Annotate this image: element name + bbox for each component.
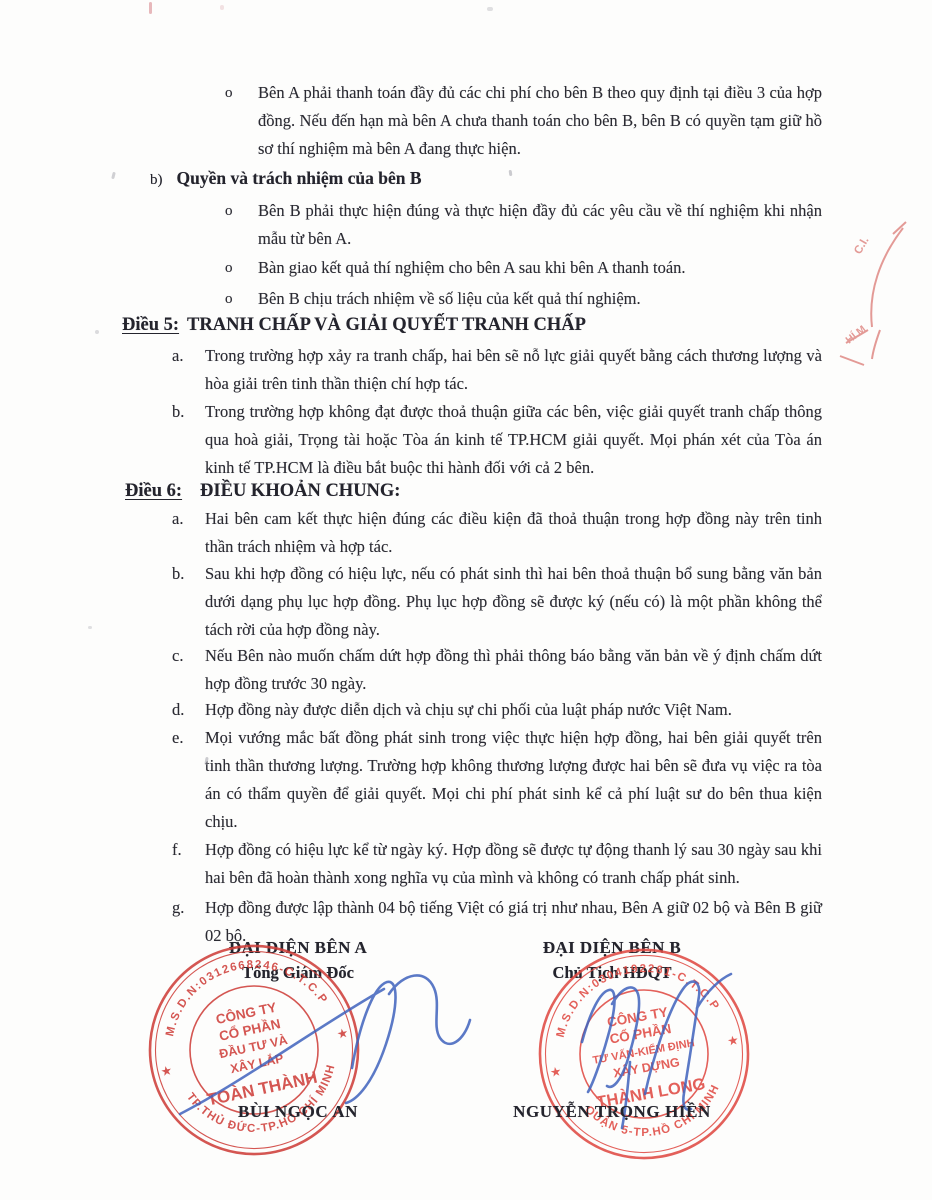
- list-item: b. Trong trường hợp không đạt được thoả …: [172, 398, 822, 482]
- bullet-marker: o: [225, 285, 258, 313]
- item-marker: d.: [172, 696, 205, 724]
- section-b-title: Quyền và trách nhiệm của bên B: [177, 168, 422, 188]
- article6-title: ĐIỀU KHOẢN CHUNG:: [200, 481, 400, 501]
- party-a-name: BÙI NGỌC AN: [178, 1102, 418, 1122]
- company-stamp-party-a: M.S.D.N:0312668246-C.T.C.P TP.THỦ ĐỨC-TP…: [116, 912, 391, 1187]
- list-item: d. Hợp đồng này được diễn dịch và chịu s…: [172, 696, 822, 724]
- bullet-marker: o: [225, 254, 258, 282]
- scanned-contract-page: o Bên A phải thanh toán đầy đủ các chi p…: [0, 0, 932, 1200]
- list-item: a. Hai bên cam kết thực hiện đúng các đi…: [172, 505, 822, 561]
- scan-artifact: [111, 172, 116, 180]
- article6-label: Điều 6:: [125, 481, 182, 501]
- section-b-marker: b): [150, 172, 163, 188]
- item-text: Trong trường hợp không đạt được thoả thu…: [205, 398, 822, 482]
- scan-artifact: [95, 330, 99, 334]
- edge-stamp-fragment: C.I. HÍ M: [840, 222, 906, 365]
- item-marker: b.: [172, 398, 205, 482]
- item-marker: a.: [172, 342, 205, 398]
- item-text: Sau khi hợp đồng có hiệu lực, nếu có phá…: [205, 560, 822, 644]
- bullet-item: o Bàn giao kết quả thí nghiệm cho bên A …: [225, 254, 822, 282]
- scan-artifact: [509, 170, 513, 176]
- scan-artifact: [88, 626, 92, 629]
- item-text: Mọi vướng mắc bất đồng phát sinh trong v…: [205, 724, 822, 836]
- stamp-b-star-left: ★: [550, 1066, 562, 1080]
- article6-heading: Điều 6:ĐIỀU KHOẢN CHUNG:: [125, 476, 400, 506]
- stamp-a-star-right: ★: [337, 1027, 349, 1041]
- bullet-item: o Bên B phải thực hiện đúng và thực hiện…: [225, 197, 822, 253]
- bullet-text: Bên B chịu trách nhiệm về số liệu của kế…: [258, 285, 822, 313]
- item-marker: a.: [172, 505, 205, 561]
- edge-stamp-text: C.I.: [852, 235, 871, 256]
- list-item: e. Mọi vướng mắc bất đồng phát sinh tron…: [172, 724, 822, 836]
- section-b-heading: b)Quyền và trách nhiệm của bên B: [150, 163, 422, 195]
- bullet-marker: o: [225, 79, 258, 163]
- list-item: b. Sau khi hợp đồng có hiệu lực, nếu có …: [172, 560, 822, 644]
- item-text: Hợp đồng này được diễn dịch và chịu sự c…: [205, 696, 822, 724]
- list-item: a. Trong trường hợp xảy ra tranh chấp, h…: [172, 342, 822, 398]
- company-stamp-party-b: M.S.D.N:0304192261-C.T.C.P QUẬN 5-TP.HỒ …: [510, 920, 779, 1189]
- bullet-text: Bên A phải thanh toán đầy đủ các chi phí…: [258, 79, 822, 163]
- item-text: Nếu Bên nào muốn chấm dứt hợp đồng thì p…: [205, 642, 822, 698]
- bullet-text: Bàn giao kết quả thí nghiệm cho bên A sa…: [258, 254, 822, 282]
- item-marker: b.: [172, 560, 205, 644]
- item-marker: f.: [172, 836, 205, 892]
- article5-title: TRANH CHẤP VÀ GIẢI QUYẾT TRANH CHẤP: [187, 315, 586, 335]
- bullet-item: o Bên A phải thanh toán đầy đủ các chi p…: [225, 79, 822, 163]
- edge-stamp-text: HÍ M: [843, 322, 869, 346]
- item-marker: e.: [172, 724, 205, 836]
- item-text: Hợp đồng có hiệu lực kể từ ngày ký. Hợp …: [205, 836, 822, 892]
- list-item: f. Hợp đồng có hiệu lực kể từ ngày ký. H…: [172, 836, 822, 892]
- article5-label: Điều 5:: [122, 315, 179, 335]
- item-marker: c.: [172, 642, 205, 698]
- item-text: Hai bên cam kết thực hiện đúng các điều …: [205, 505, 822, 561]
- list-item: c. Nếu Bên nào muốn chấm dứt hợp đồng th…: [172, 642, 822, 698]
- scan-artifact: [220, 5, 224, 10]
- scan-artifact: [487, 7, 493, 11]
- bullet-item: o Bên B chịu trách nhiệm về số liệu của …: [225, 285, 822, 313]
- bullet-text: Bên B phải thực hiện đúng và thực hiện đ…: [258, 197, 822, 253]
- stamp-a-star-left: ★: [161, 1065, 173, 1079]
- party-b-name: NGUYỄN TRỌNG HIỀN: [462, 1102, 762, 1122]
- article5-heading: Điều 5:TRANH CHẤP VÀ GIẢI QUYẾT TRANH CH…: [122, 310, 586, 340]
- scan-artifact: [149, 2, 152, 14]
- bullet-marker: o: [225, 197, 258, 253]
- stamp-b-star-right: ★: [727, 1035, 739, 1049]
- item-text: Trong trường hợp xảy ra tranh chấp, hai …: [205, 342, 822, 398]
